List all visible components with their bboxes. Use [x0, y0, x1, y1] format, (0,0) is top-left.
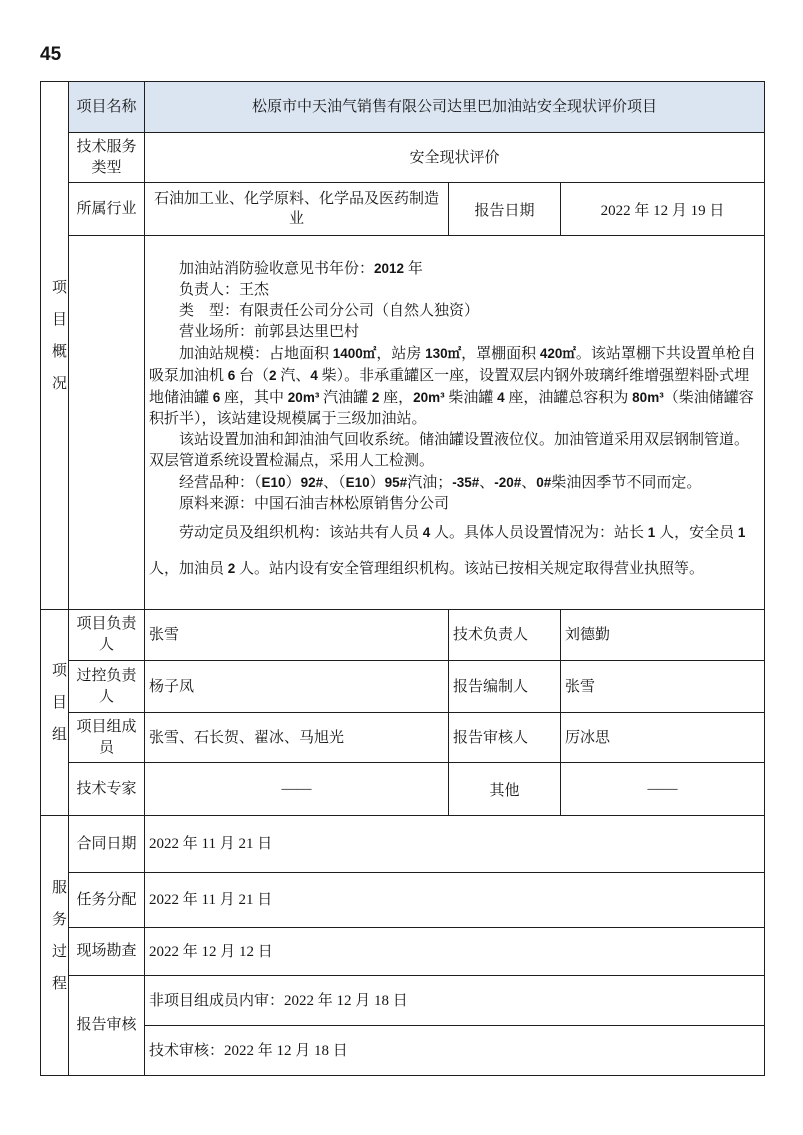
team-name-cell: 杨子凤 [145, 661, 449, 713]
process-label-cell: 合同日期 [69, 816, 145, 873]
process-row: 任务分配 2022 年 11 月 21 日 [41, 873, 765, 928]
service-type-value-cell: 安全现状评价 [145, 133, 765, 183]
team-row: 过控负责人 杨子凤 报告编制人 张雪 [41, 661, 765, 713]
process-label-cell: 现场勘查 [69, 928, 145, 976]
project-name-value-cell: 松原市中天油气销售有限公司达里巴加油站安全现状评价项目 [145, 82, 765, 133]
team-label-cell: 项目负责人 [69, 610, 145, 661]
overview-paragraph: 经营品种：（E10）92#、（E10）95#汽油；-35#、-20#、0#柴油因… [149, 472, 760, 494]
overview-paragraph: 劳动定员及组织机构：该站共有人员 4 人。具体人员设置情况为：站长 1 人，安全… [149, 515, 760, 587]
section-label-team: 项目组 [45, 662, 69, 758]
overview-paragraph: 负责人：王杰 [149, 280, 760, 301]
review-value-cell: 非项目组成员内审：2022 年 12 月 18 日 [145, 976, 765, 1026]
process-value-cell: 2022 年 12 月 12 日 [145, 928, 765, 976]
team-value2-cell: —— [561, 763, 765, 816]
review-value-cell: 技术审核：2022 年 12 月 18 日 [145, 1026, 765, 1076]
team-label-cell: 过控负责人 [69, 661, 145, 713]
team-label2-cell: 其他 [449, 763, 561, 816]
document-page: 45 项目概况 项目名称 松原市中天油气销售有限公司达里巴加油站安全现状评价项目… [0, 0, 803, 1076]
team-name-cell: 张雪 [145, 610, 449, 661]
section-cell-team: 项目组 [41, 610, 69, 816]
overview-paragraph: 加油站消防验收意见书年份：2012 年 [149, 258, 760, 280]
report-date-label-cell: 报告日期 [449, 183, 561, 236]
overview-paragraph: 加油站规模：占地面积 1400㎡，站房 130㎡，罩棚面积 420㎡。该站罩棚下… [149, 343, 760, 430]
service-type-label-cell: 技术服务类型 [69, 133, 145, 183]
team-label2-cell: 技术负责人 [449, 610, 561, 661]
section-label-process: 服务过程 [45, 879, 69, 1007]
review-row: 报告审核 非项目组成员内审：2022 年 12 月 18 日 [41, 976, 765, 1026]
overview-row: 加油站消防验收意见书年份：2012 年 负责人：王杰 类 型：有限责任公司分公司… [41, 236, 765, 610]
team-row: 技术专家 —— 其他 —— [41, 763, 765, 816]
team-label-cell: 技术专家 [69, 763, 145, 816]
team-value2-cell: 张雪 [561, 661, 765, 713]
process-value-cell: 2022 年 11 月 21 日 [145, 873, 765, 928]
overview-text-cell: 加油站消防验收意见书年份：2012 年 负责人：王杰 类 型：有限责任公司分公司… [145, 236, 765, 610]
page-number: 45 [40, 44, 803, 66]
review-label-cell: 报告审核 [69, 976, 145, 1076]
process-row: 现场勘查 2022 年 12 月 12 日 [41, 928, 765, 976]
overview-paragraph: 原料来源：中国石油吉林松原销售分公司 [149, 494, 760, 515]
team-value2-cell: 厉冰思 [561, 713, 765, 763]
overview-paragraph: 类 型：有限责任公司分公司（自然人独资） [149, 301, 760, 322]
team-row: 项目组成员 张雪、石长贺、翟冰、马旭光 报告审核人 厉冰思 [41, 713, 765, 763]
team-name-cell: 张雪、石长贺、翟冰、马旭光 [145, 713, 449, 763]
process-value-cell: 2022 年 11 月 21 日 [145, 816, 765, 873]
report-date-value-cell: 2022 年 12 月 19 日 [561, 183, 765, 236]
process-label-cell: 任务分配 [69, 873, 145, 928]
team-label2-cell: 报告审核人 [449, 713, 561, 763]
service-type-row: 技术服务类型 安全现状评价 [41, 133, 765, 183]
overview-paragraph: 营业场所：前郭县达里巴村 [149, 322, 760, 343]
team-value2-cell: 刘德勤 [561, 610, 765, 661]
review-row: 技术审核：2022 年 12 月 18 日 [41, 1026, 765, 1076]
overview-spacer-cell [69, 236, 145, 610]
industry-row: 所属行业 石油加工业、化学原料、化学品及医药制造业 报告日期 2022 年 12… [41, 183, 765, 236]
industry-label-cell: 所属行业 [69, 183, 145, 236]
section-cell-overview: 项目概况 [41, 82, 69, 610]
industry-value-cell: 石油加工业、化学原料、化学品及医药制造业 [145, 183, 449, 236]
project-info-table: 项目概况 项目名称 松原市中天油气销售有限公司达里巴加油站安全现状评价项目 技术… [40, 81, 765, 1076]
team-name-cell: —— [145, 763, 449, 816]
section-label-overview: 项目概况 [45, 279, 69, 407]
team-row: 项目组 项目负责人 张雪 技术负责人 刘德勤 [41, 610, 765, 661]
team-label-cell: 项目组成员 [69, 713, 145, 763]
team-label2-cell: 报告编制人 [449, 661, 561, 713]
project-name-row: 项目概况 项目名称 松原市中天油气销售有限公司达里巴加油站安全现状评价项目 [41, 82, 765, 133]
project-name-label-cell: 项目名称 [69, 82, 145, 133]
overview-paragraph: 该站设置加油和卸油油气回收系统。储油罐设置液位仪。加油管道采用双层钢制管道。双层… [149, 430, 760, 472]
section-cell-process: 服务过程 [41, 816, 69, 1076]
process-row: 服务过程 合同日期 2022 年 11 月 21 日 [41, 816, 765, 873]
